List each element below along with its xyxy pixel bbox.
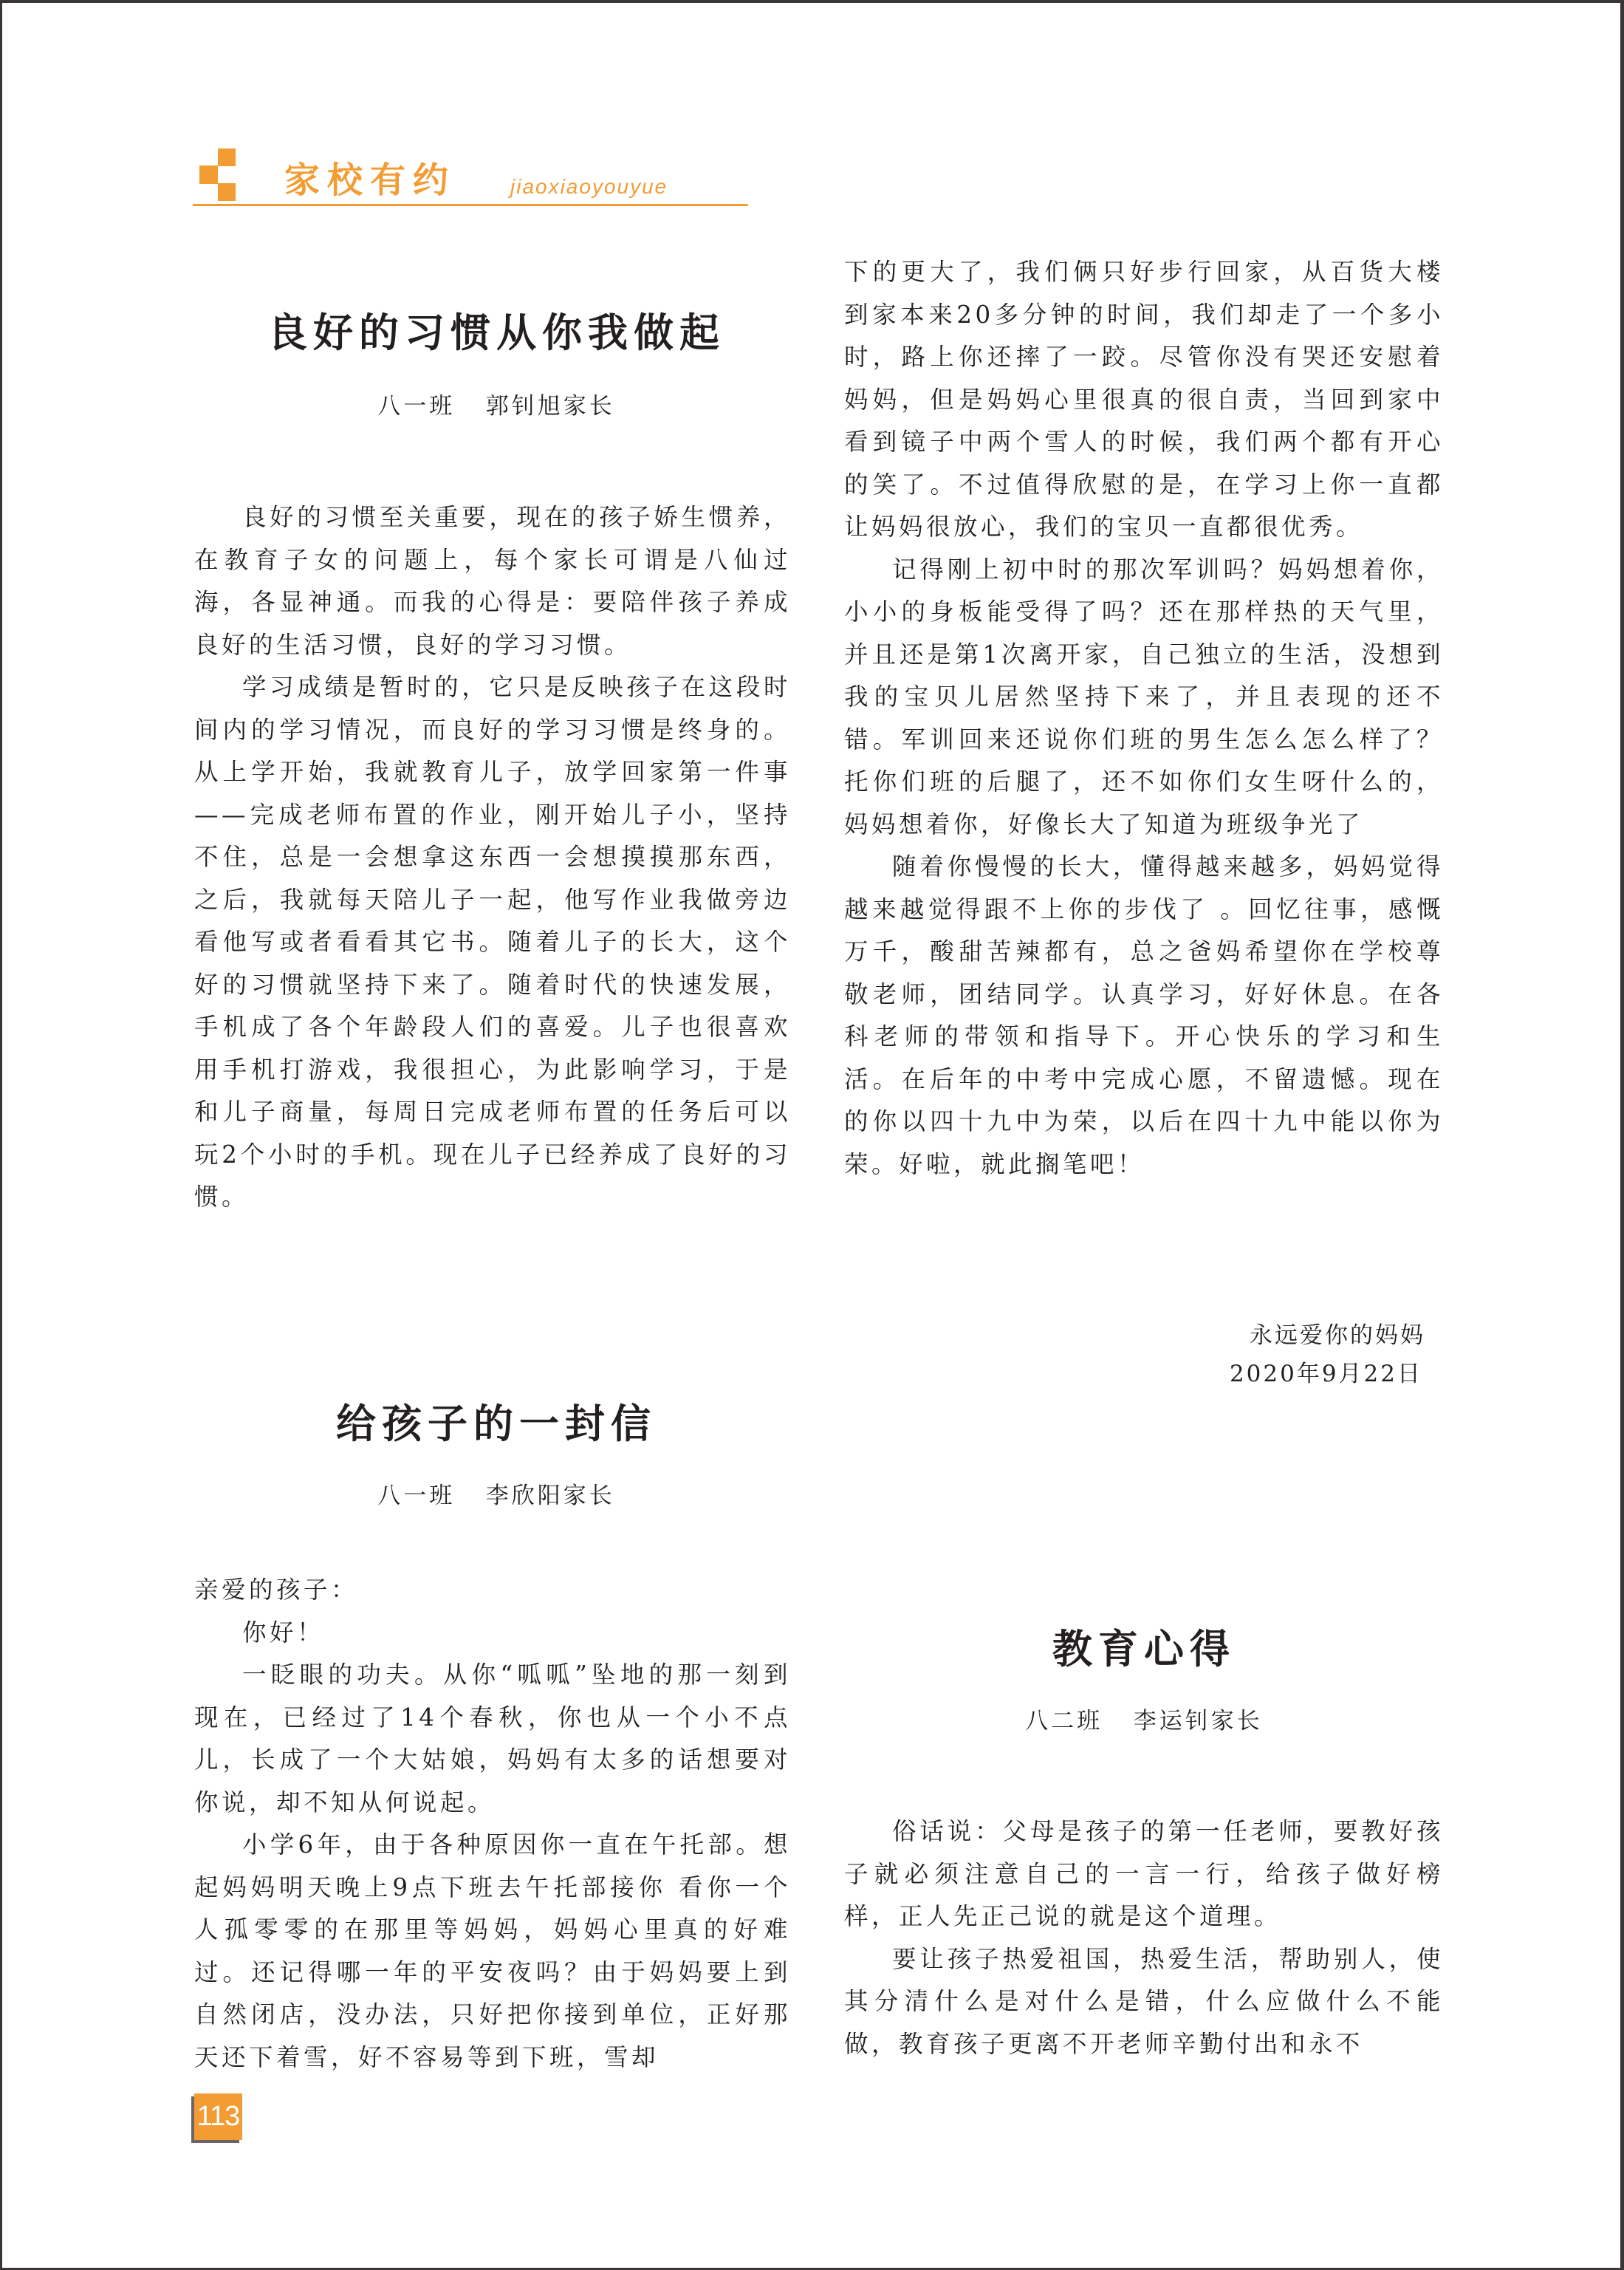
article-byline: 八一班 李欣阳家长 xyxy=(193,1481,799,1511)
article-body: 良好的习惯至关重要，现在的孩子娇生惯养，在教育子女的问题上，每个家长可谓是八仙过… xyxy=(194,496,791,1219)
section-title: 家校有约 xyxy=(284,158,456,202)
salutation: 亲爱的孩子： xyxy=(194,1569,791,1612)
paragraph: 小学6年，由于各种原因你一直在午托部。想起妈妈明天晚上9点下班去午托部接你 看你… xyxy=(194,1824,791,2079)
header-rule xyxy=(193,204,748,206)
letter-signature: 永远爱你的妈妈 2020年9月22日 xyxy=(1108,1316,1425,1393)
logo-square-bottom xyxy=(218,183,236,201)
paragraph: 要让孩子热爱祖国，热爱生活，帮助别人，使其分清什么是对什么是错，什么应做什么不能… xyxy=(844,1938,1444,2066)
article-title: 给孩子的一封信 xyxy=(193,1398,799,1449)
article-title: 良好的习惯从你我做起 xyxy=(193,307,799,358)
article-byline: 八二班 李运钊家长 xyxy=(844,1706,1444,1736)
logo-square-middle xyxy=(199,165,218,184)
paragraph: 良好的习惯至关重要，现在的孩子娇生惯养，在教育子女的问题上，每个家长可谓是八仙过… xyxy=(194,496,791,666)
section-pinyin: jiaoxiaoyouyue xyxy=(510,174,668,199)
paragraph: 俗话说：父母是孩子的第一任老师，要教好孩子就必须注意自己的一言一行，给孩子做好榜… xyxy=(844,1811,1444,1938)
page-number-badge: 113 xyxy=(194,2093,242,2140)
paragraph: 学习成绩是暂时的，它只是反映孩子在这段时间内的学习情况，而良好的学习习惯是终身的… xyxy=(194,666,791,1219)
article-body: 俗话说：父母是孩子的第一任老师，要教好孩子就必须注意自己的一言一行，给孩子做好榜… xyxy=(844,1811,1444,2065)
signature-name: 永远爱你的妈妈 xyxy=(1108,1316,1425,1355)
greeting: 你好！ xyxy=(194,1612,791,1655)
signature-date: 2020年9月22日 xyxy=(1108,1355,1425,1393)
article-byline: 八一班 郭钊旭家长 xyxy=(193,392,799,421)
logo-square-top xyxy=(218,148,236,166)
letter-body-left: 亲爱的孩子： 你好！ 一眨眼的功夫。从你“呱呱”坠地的那一刻到现在，已经过了14… xyxy=(194,1569,791,2079)
article-title: 教育心得 xyxy=(844,1623,1444,1675)
paragraph-continued: 下的更大了，我们俩只好步行回家，从百货大楼到家本来20多分钟的时间，我们却走了一… xyxy=(844,251,1444,549)
paragraph: 随着你慢慢的长大，懂得越来越多，妈妈觉得越来越觉得跟不上你的步伐了 。回忆往事，… xyxy=(844,846,1444,1186)
paragraph: 一眨眼的功夫。从你“呱呱”坠地的那一刻到现在，已经过了14个春秋，你也从一个小不… xyxy=(194,1654,791,1824)
letter-body-right: 下的更大了，我们俩只好步行回家，从百货大楼到家本来20多分钟的时间，我们却走了一… xyxy=(844,251,1444,1186)
paragraph: 记得刚上初中时的那次军训吗？妈妈想着你，小小的身板能受得了吗？还在那样热的天气里… xyxy=(844,549,1444,847)
